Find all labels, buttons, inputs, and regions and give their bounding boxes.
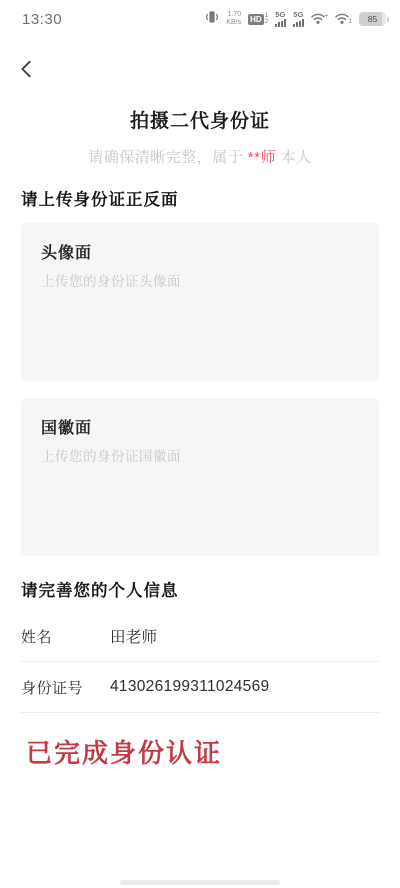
id-number-value: 413026199311024569 [110,678,269,696]
network-speed-unit: KB/s [226,19,241,27]
info-rows: 姓名 田老师 身份证号 413026199311024569 [21,611,379,713]
battery-percent: 85 [368,14,377,24]
upload-card-title: 头像面 [41,240,359,263]
home-indicator[interactable] [120,880,280,885]
wifi-sim-number: 1 [348,19,352,26]
chevron-left-icon [16,58,38,80]
hd-sim2: 2 [265,19,269,26]
info-section-heading: 请完善您的个人信息 [21,577,179,601]
vibrate-icon [205,10,219,29]
upload-card-hint: 上传您的身份证头像面 [41,270,359,290]
sim1-signal-bars [275,19,286,27]
page-title: 拍摄二代身份证 [0,106,400,133]
hd-badge: HD [248,14,264,25]
name-row: 姓名 田老师 [21,611,379,662]
verified-status-text: 已完成身份认证 [26,733,222,770]
upload-card-title: 国徽面 [41,415,359,438]
screen: 13:30 1.70 KB/s HD 1 2 5G [0,0,400,888]
masked-name: **师 [248,149,276,166]
network-speed-value: 1.70 [227,11,241,19]
wifi-icon: 1 [335,13,352,25]
hd-sim-numbers: 1 2 [265,13,269,26]
sim2-network-type: 5G [293,11,303,19]
upload-card-emblem-side[interactable]: 国徽面 上传您的身份证国徽面 [21,398,379,556]
battery-icon: 85 [359,12,386,26]
subtitle-suffix: 本人 [276,149,312,166]
network-speed: 1.70 KB/s [226,11,241,27]
clock: 13:30 [22,11,62,28]
id-number-label: 身份证号 [21,677,110,698]
upload-card-hint: 上传您的身份证国徽面 [41,445,359,465]
back-button[interactable] [12,54,42,84]
hd-voice-icon: HD 1 2 [248,13,268,26]
sim2-signal-bars [293,19,304,27]
upload-card-portrait-side[interactable]: 头像面 上传您的身份证头像面 [21,223,379,381]
page-subtitle: 请确保清晰完整，属于 **师 本人 [0,146,400,167]
sim1-network-type: 5G [275,11,285,19]
sim2-signal-icon: 5G [293,11,304,27]
status-bar: 13:30 1.70 KB/s HD 1 2 5G [0,6,400,32]
wifi-plus-icon: + [311,13,328,25]
id-number-row: 身份证号 413026199311024569 [21,662,379,713]
wifi-plus-mark: + [324,13,328,20]
subtitle-prefix: 请确保清晰完整，属于 [88,149,248,166]
upload-section-heading: 请上传身份证正反面 [21,186,179,210]
name-value: 田老师 [110,625,157,647]
sim1-signal-icon: 5G [275,11,286,27]
name-label: 姓名 [21,626,110,647]
status-bar-icons: 1.70 KB/s HD 1 2 5G 5G [205,10,386,29]
